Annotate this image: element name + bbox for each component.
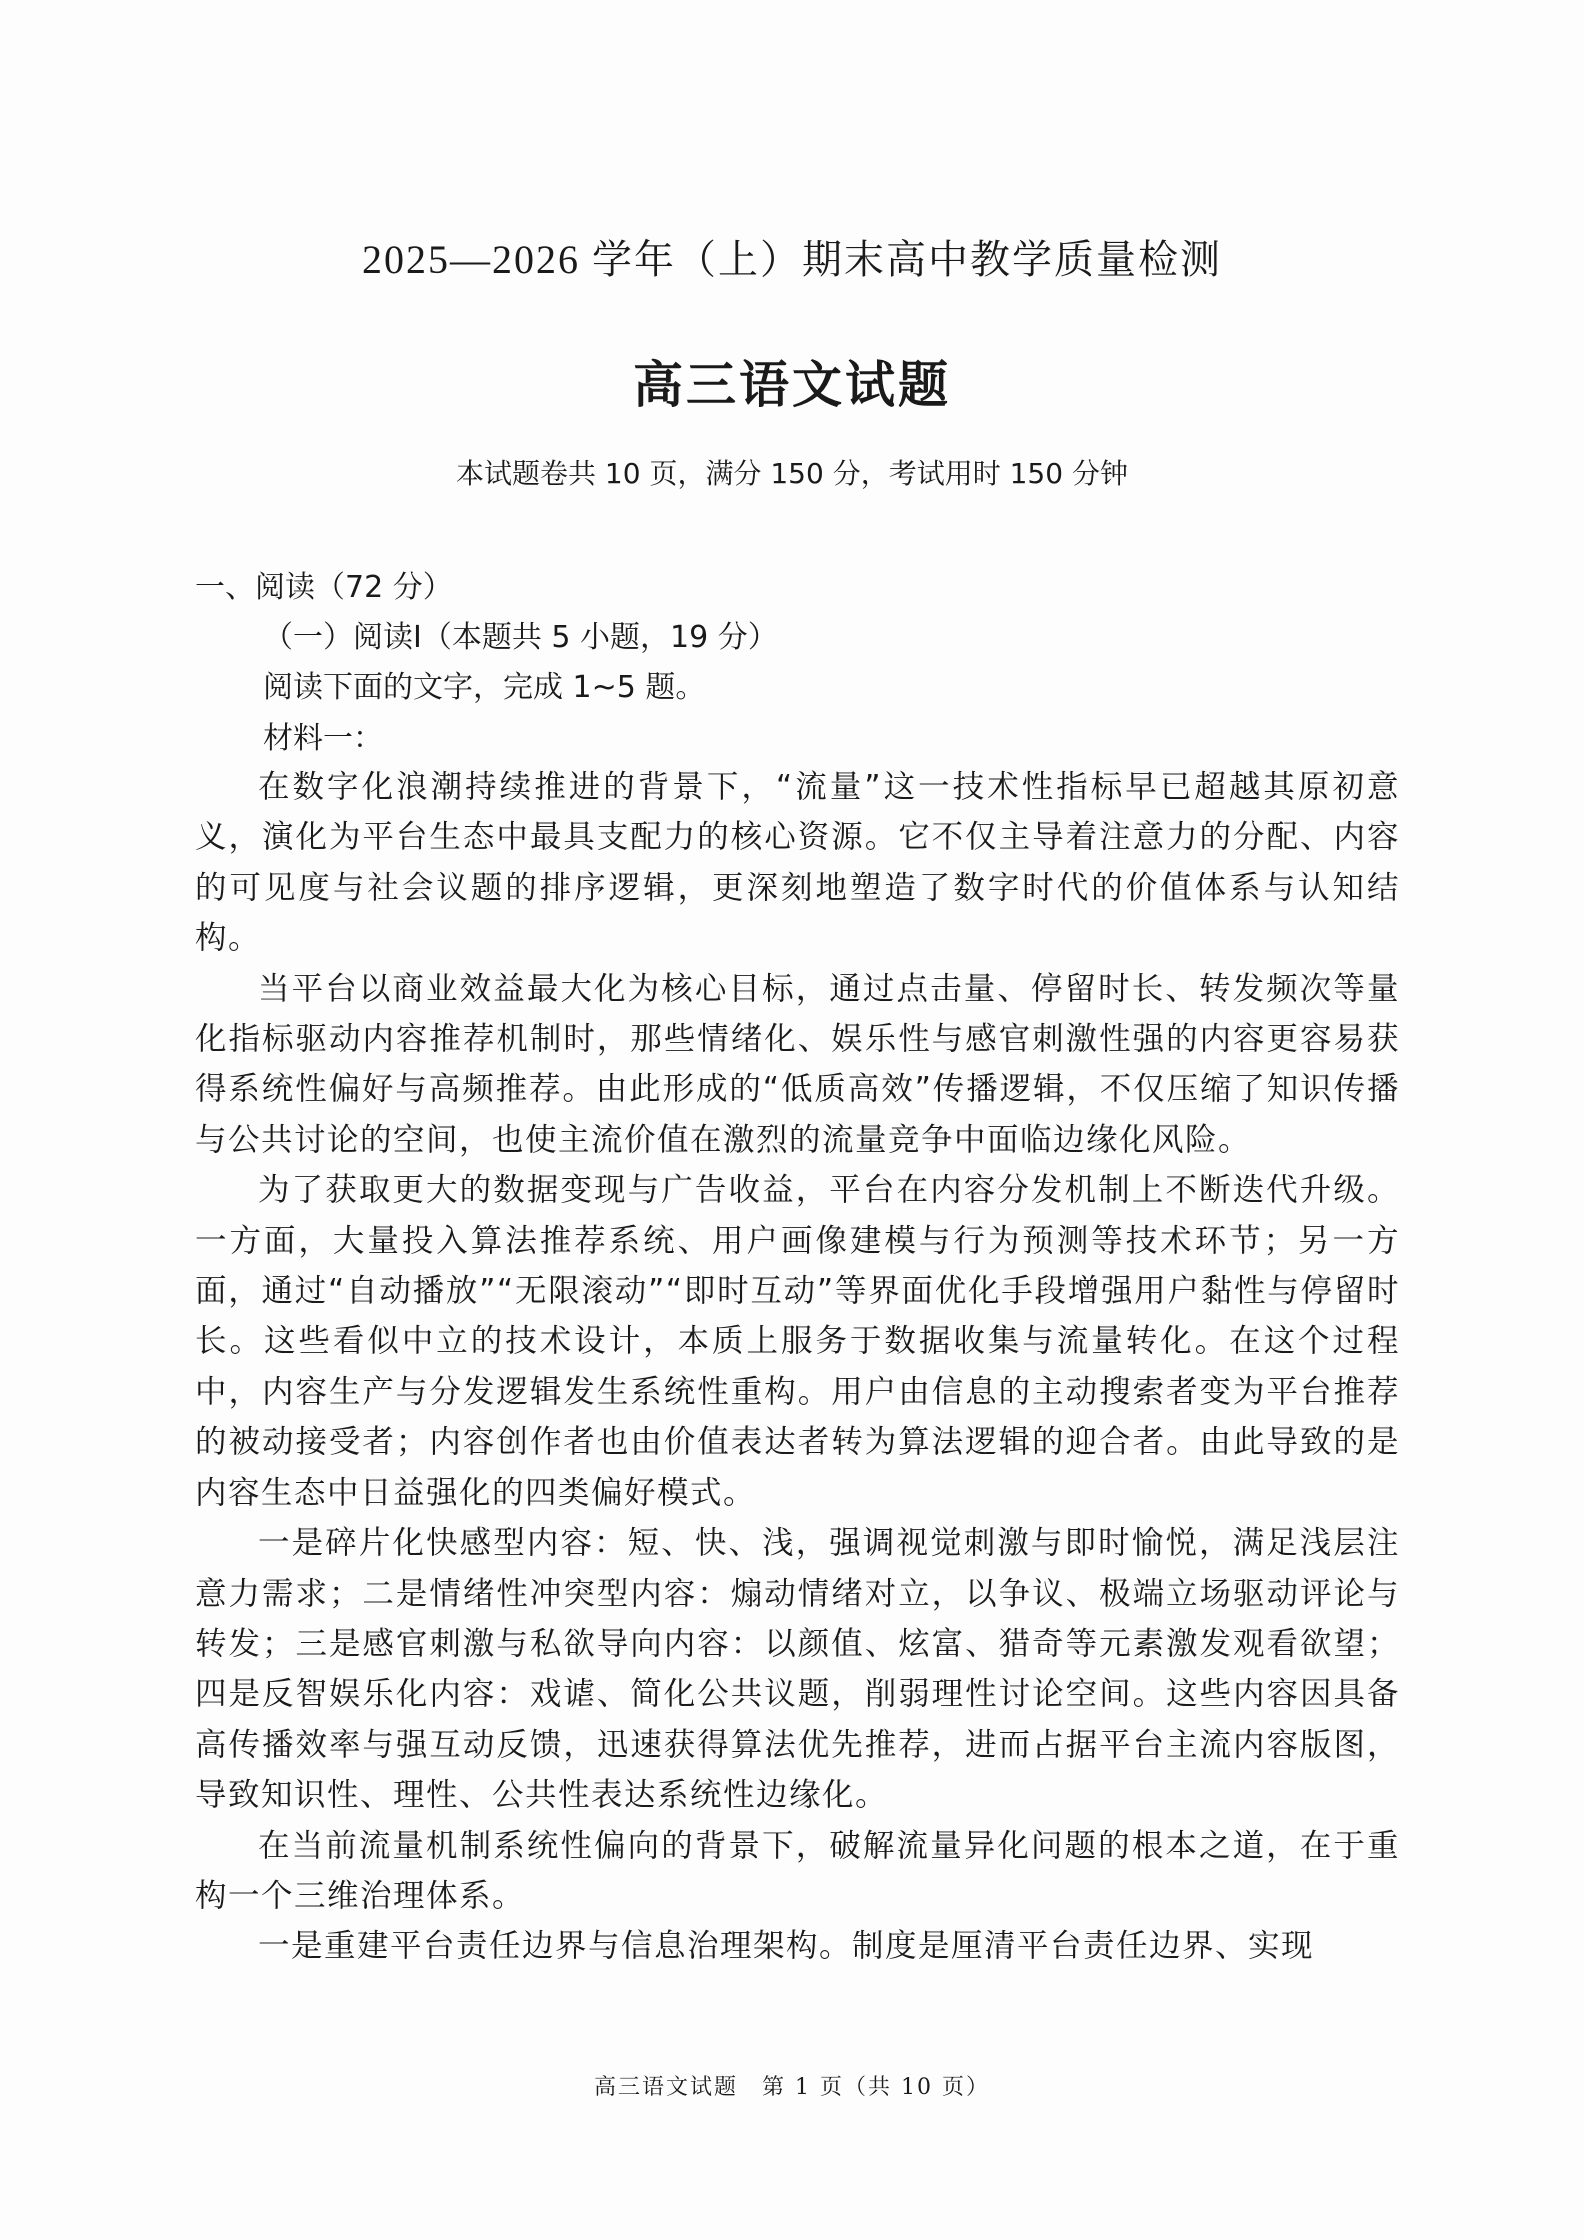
paragraph: 为了获取更大的数据变现与广告收益，平台在内容分发机制上不断迭代升级。一方面，大量… bbox=[195, 1165, 1400, 1518]
subject-title: 高三语文试题 bbox=[0, 345, 1584, 417]
exam-title: 2025—2026 学年（上）期末高中教学质量检测 bbox=[0, 228, 1584, 285]
subsection-heading-reading-one: （一）阅读Ⅰ（本题共 5 小题，19 分） bbox=[263, 612, 778, 656]
instruction-text: 阅读下面的文字，完成 1~5 题。 bbox=[263, 662, 705, 706]
page-footer: 高三语文试题 第 1 页（共 10 页） bbox=[0, 2070, 1584, 2101]
paragraph: 在当前流量机制系统性偏向的背景下，破解流量异化问题的根本之道，在于重构一个三维治… bbox=[195, 1821, 1400, 1922]
material-label: 材料一： bbox=[263, 713, 383, 757]
exam-info: 本试题卷共 10 页，满分 150 分，考试用时 150 分钟 bbox=[0, 452, 1584, 492]
paragraph: 一是重建平台责任边界与信息治理架构。制度是厘清平台责任边界、实现 bbox=[195, 1921, 1400, 1971]
material-one-body: 在数字化浪潮持续推进的背景下，“流量”这一技术性指标早已超越其原初意义，演化为平… bbox=[195, 762, 1400, 1972]
exam-page: 2025—2026 学年（上）期末高中教学质量检测 高三语文试题 本试题卷共 1… bbox=[0, 0, 1584, 2240]
section-heading-reading: 一、阅读（72 分） bbox=[195, 562, 453, 606]
paragraph: 一是碎片化快感型内容：短、快、浅，强调视觉刺激与即时愉悦，满足浅层注意力需求；二… bbox=[195, 1518, 1400, 1820]
paragraph: 当平台以商业效益最大化为核心目标，通过点击量、停留时长、转发频次等量化指标驱动内… bbox=[195, 964, 1400, 1166]
paragraph: 在数字化浪潮持续推进的背景下，“流量”这一技术性指标早已超越其原初意义，演化为平… bbox=[195, 762, 1400, 964]
